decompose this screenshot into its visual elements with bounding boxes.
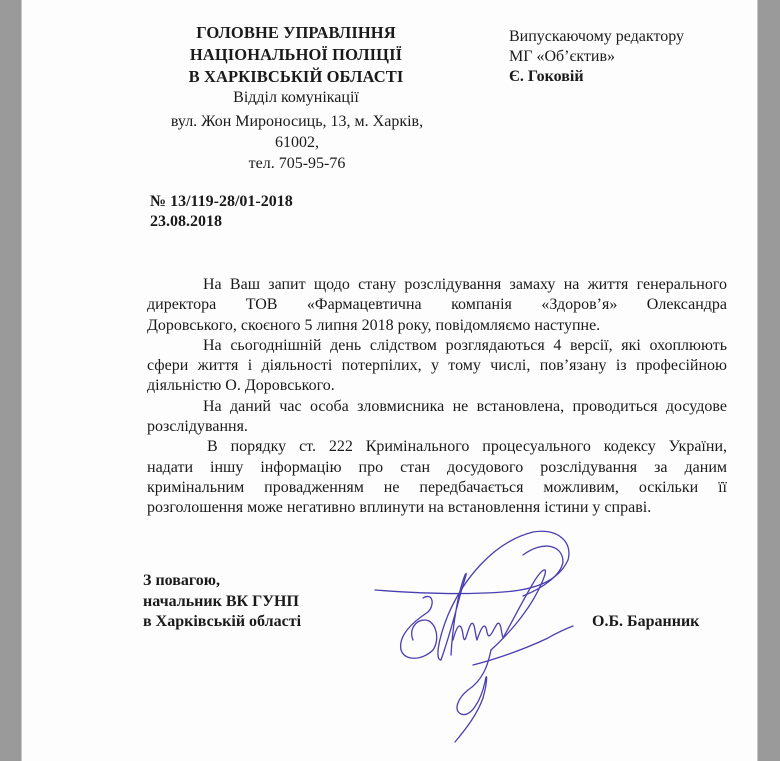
department: Відділ комунікації bbox=[176, 88, 416, 109]
signer-position: начальник ВК ГУНП bbox=[143, 592, 301, 613]
recipient-name: Є. Гоковій bbox=[509, 67, 684, 87]
paragraph-3: На даний час особа зловмисника не встано… bbox=[147, 397, 727, 438]
paragraph-4: В порядку ст. 222 Кримінального процесуа… bbox=[147, 437, 727, 518]
address-line2: 61002, bbox=[147, 132, 447, 153]
document-page: ГОЛОВНЕ УПРАВЛІННЯ НАЦІОНАЛЬНОЇ ПОЛІЦІЇ … bbox=[21, 0, 758, 761]
paragraph-1: На Ваш запит щодо стану розслідування за… bbox=[147, 275, 727, 336]
signer-name: О.Б. Баранник bbox=[592, 613, 699, 631]
letter-body: На Ваш запит щодо стану розслідування за… bbox=[147, 275, 727, 519]
address-line1: вул. Жон Мироносиць, 13, м. Харків, bbox=[147, 111, 447, 132]
recipient-title: Випускаючому редактору bbox=[509, 27, 684, 47]
paragraph-2: На сьогоднішній день слідством розглядаю… bbox=[147, 336, 727, 397]
recipient-block: Випускаючому редактору МГ «Об’єктив» Є. … bbox=[509, 27, 684, 87]
registration-block: № 13/119-28/01-2018 23.08.2018 bbox=[150, 192, 293, 232]
letterhead: ГОЛОВНЕ УПРАВЛІННЯ НАЦІОНАЛЬНОЇ ПОЛІЦІЇ … bbox=[176, 22, 416, 109]
text-line: розслідування. bbox=[147, 417, 727, 437]
text-line: На даний час особа зловмисника не встано… bbox=[147, 397, 727, 417]
text-line: сфери життя і діяльності потерпілих, у т… bbox=[147, 356, 727, 376]
text-line: В порядку ст. 222 Кримінального процесуа… bbox=[147, 437, 727, 457]
closing-salutation: З повагою, bbox=[143, 571, 301, 592]
text-line: Доровського, скоєного 5 липня 2018 року,… bbox=[147, 316, 727, 336]
recipient-publication: МГ «Об’єктив» bbox=[509, 47, 684, 67]
address-block: вул. Жон Мироносиць, 13, м. Харків, 6100… bbox=[147, 111, 447, 174]
text-line: директора ТОВ «Фармацевтична компанія «З… bbox=[147, 295, 727, 315]
org-name-line2: НАЦІОНАЛЬНОЇ ПОЛІЦІЇ bbox=[176, 44, 416, 66]
text-line: діяльністю О. Доровського. bbox=[147, 376, 727, 396]
text-line: кримінальним провадженням не передбачаєт… bbox=[147, 478, 727, 498]
registration-number: № 13/119-28/01-2018 bbox=[150, 192, 293, 212]
signer-region: в Харківській області bbox=[143, 612, 301, 633]
text-line: надати іншу інформацію про стан досудово… bbox=[147, 458, 727, 478]
text-line: На Ваш запит щодо стану розслідування за… bbox=[147, 275, 727, 295]
registration-date: 23.08.2018 bbox=[150, 212, 293, 232]
org-name-line1: ГОЛОВНЕ УПРАВЛІННЯ bbox=[176, 22, 416, 44]
text-line: На сьогоднішній день слідством розглядаю… bbox=[147, 336, 727, 356]
closing-block: З повагою, начальник ВК ГУНП в Харківськ… bbox=[143, 571, 301, 633]
phone: тел. 705-95-76 bbox=[147, 153, 447, 174]
org-name-line3: В ХАРКІВСЬКІЙ ОБЛАСТІ bbox=[176, 66, 416, 88]
text-line: розголошення може негативно вплинути на … bbox=[147, 498, 727, 518]
signature-image bbox=[373, 520, 603, 750]
